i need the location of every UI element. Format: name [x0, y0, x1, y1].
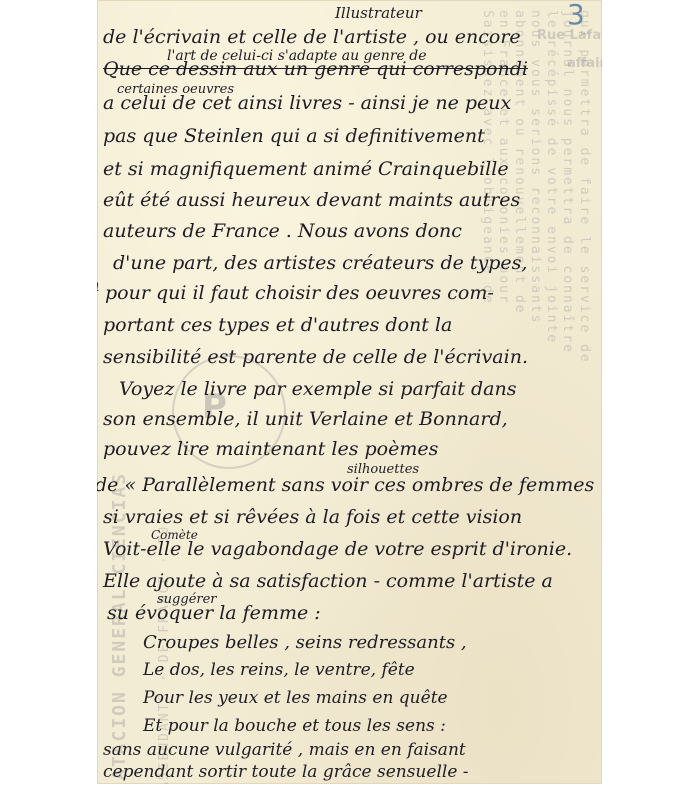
handwritten-line: si vraies et si rêvées à la fois et cett… [103, 506, 522, 528]
handwritten-line: auteurs de France . Nous avons donc [103, 220, 462, 242]
handwritten-line: de « Parallèlement sans voir ces ombres … [97, 474, 594, 496]
bleed-through-text: journal nous permettra de connaître [560, 10, 575, 354]
handwritten-line: cependant sortir toute la grâce sensuell… [103, 762, 469, 782]
handwritten-line: sans aucune vulgarité , mais en en faisa… [103, 740, 466, 760]
interlinear-note: Illustrateur [335, 4, 422, 22]
handwritten-line: a celui de cet ainsi livres - ainsi je n… [103, 92, 511, 114]
poem-line: Pour les yeux et les mains en quête [143, 688, 448, 708]
bleed-through-header: affaire [567, 56, 602, 71]
handwritten-line: su évoquer la femme : [107, 602, 321, 624]
handwritten-line: sensibilité est parente de celle de l'éc… [103, 346, 528, 368]
handwritten-line: son ensemble, il unit Verlaine et Bonnar… [103, 408, 508, 430]
poem-line: Croupes belles , seins redressants , [143, 632, 467, 653]
poem-line: Et pour la bouche et tous les sens : [143, 716, 446, 736]
handwritten-line: Elle ajoute à sa satisfaction - comme l'… [103, 570, 553, 592]
handwritten-line: Voyez le livre par exemple si parfait da… [119, 378, 516, 400]
bleed-through-text: le récépissé de votre envoi jointe [544, 10, 559, 344]
handwritten-line: et si magnifiquement animé Crainquebille [103, 158, 509, 180]
handwritten-line: pouvez lire maintenant les poèmes [103, 438, 438, 460]
handwritten-line: pour qui il faut choisir des oeuvres com… [105, 282, 494, 304]
bleed-through-text: nous vous serions reconnaissants [528, 10, 543, 324]
handwritten-line: d'une part, des artistes créateurs de ty… [113, 252, 527, 274]
handwritten-line: portant ces types et d'autres dont la [103, 314, 452, 336]
bleed-through-text: qui permettra de faire le service de [577, 10, 592, 364]
handwritten-line: pas que Steinlen qui a si definitivement [103, 125, 485, 147]
page-number: 3 [567, 0, 585, 31]
poem-line: Le dos, les reins, le ventre, fête [143, 660, 415, 680]
letter-page: ATACION GENERAL CIENCIAS ASCENDANTS · DE… [97, 0, 602, 784]
handwritten-line: eût été aussi heureux devant maints autr… [103, 189, 520, 211]
margin-mark: h [97, 276, 100, 296]
handwritten-line: de l'écrivain et celle de l'artiste , ou… [103, 26, 521, 48]
handwritten-line-struck: Que ce dessin aux un genre qui correspon… [103, 58, 528, 80]
handwritten-line: Voit-elle le vagabondage de votre esprit… [103, 538, 572, 560]
